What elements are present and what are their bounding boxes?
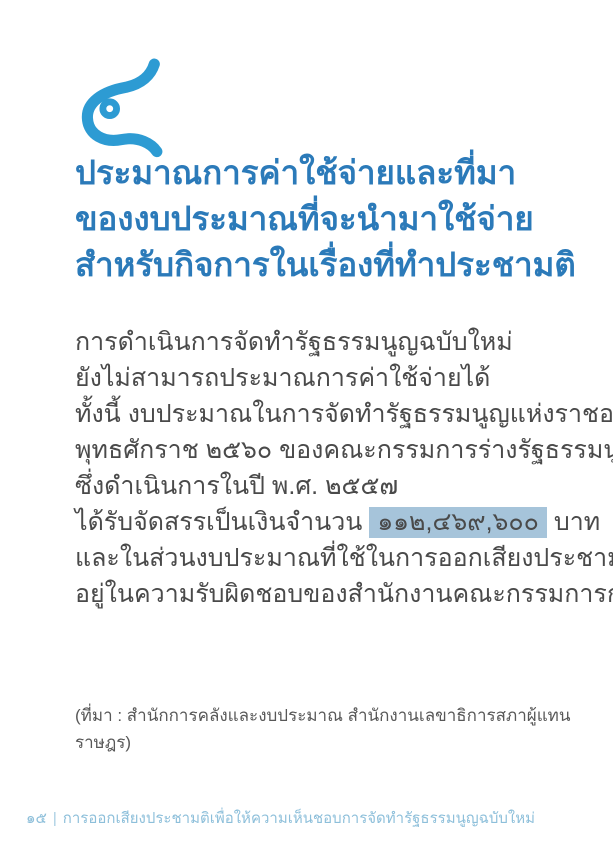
title-line-3: สำหรับกิจการในเรื่องที่ทำประชามติ [75, 242, 583, 288]
title-line-2: ของงบประมาณที่จะนำมาใช้จ่าย [75, 196, 583, 242]
body-line-2: ยังไม่สามารถประมาณการค่าใช้จ่ายได้ [75, 360, 593, 396]
thai-numeral-4-glyph [72, 56, 168, 164]
body-line-1: การดำเนินการจัดทำรัฐธรรมนูญฉบับใหม่ [75, 324, 593, 360]
source-note: (ที่มา : สำนักการคลังและงบประมาณ สำนักงา… [75, 702, 613, 756]
body-line-8: อยู่ในความรับผิดชอบของสำนักงานคณะกรรมการ… [75, 576, 593, 612]
amount-prefix: ได้รับจัดสรรเป็นเงินจำนวน [75, 508, 369, 536]
body-line-7: และในส่วนงบประมาณที่ใช้ในการออกเสียงประช… [75, 540, 593, 576]
page-footer: ๑๕|การออกเสียงประชามติเพื่อให้ความเห็นชอ… [26, 806, 593, 830]
footer-page-number: ๑๕ [26, 810, 47, 827]
body-line-4: พุทธศักราช ๒๕๖๐ ของคณะกรรมการร่างรัฐธรรม… [75, 432, 593, 468]
title-line-1: ประมาณการค่าใช้จ่ายและที่มา [75, 150, 583, 196]
amount-suffix: บาท [547, 508, 600, 536]
page-title: ประมาณการค่าใช้จ่ายและที่มา ของงบประมาณท… [75, 150, 583, 288]
body-paragraph: การดำเนินการจัดทำรัฐธรรมนูญฉบับใหม่ ยังไ… [75, 324, 593, 612]
footer-separator: | [53, 810, 57, 827]
highlighted-amount: ๑๑๒,๔๖๙,๖๐๐ [369, 507, 547, 538]
body-line-5: ซึ่งดำเนินการในปี พ.ศ. ๒๕๕๗ [75, 468, 593, 504]
thai-numeral-4-drawing [72, 56, 168, 164]
document-page: ประมาณการค่าใช้จ่ายและที่มา ของงบประมาณท… [0, 0, 613, 846]
amount-line: ได้รับจัดสรรเป็นเงินจำนวน ๑๑๒,๔๖๙,๖๐๐ บา… [75, 504, 593, 540]
footer-text: การออกเสียงประชามติเพื่อให้ความเห็นชอบกา… [63, 810, 535, 827]
body-line-3: ทั้งนี้ งบประมาณในการจัดทำรัฐธรรมนูญแห่ง… [75, 396, 593, 432]
